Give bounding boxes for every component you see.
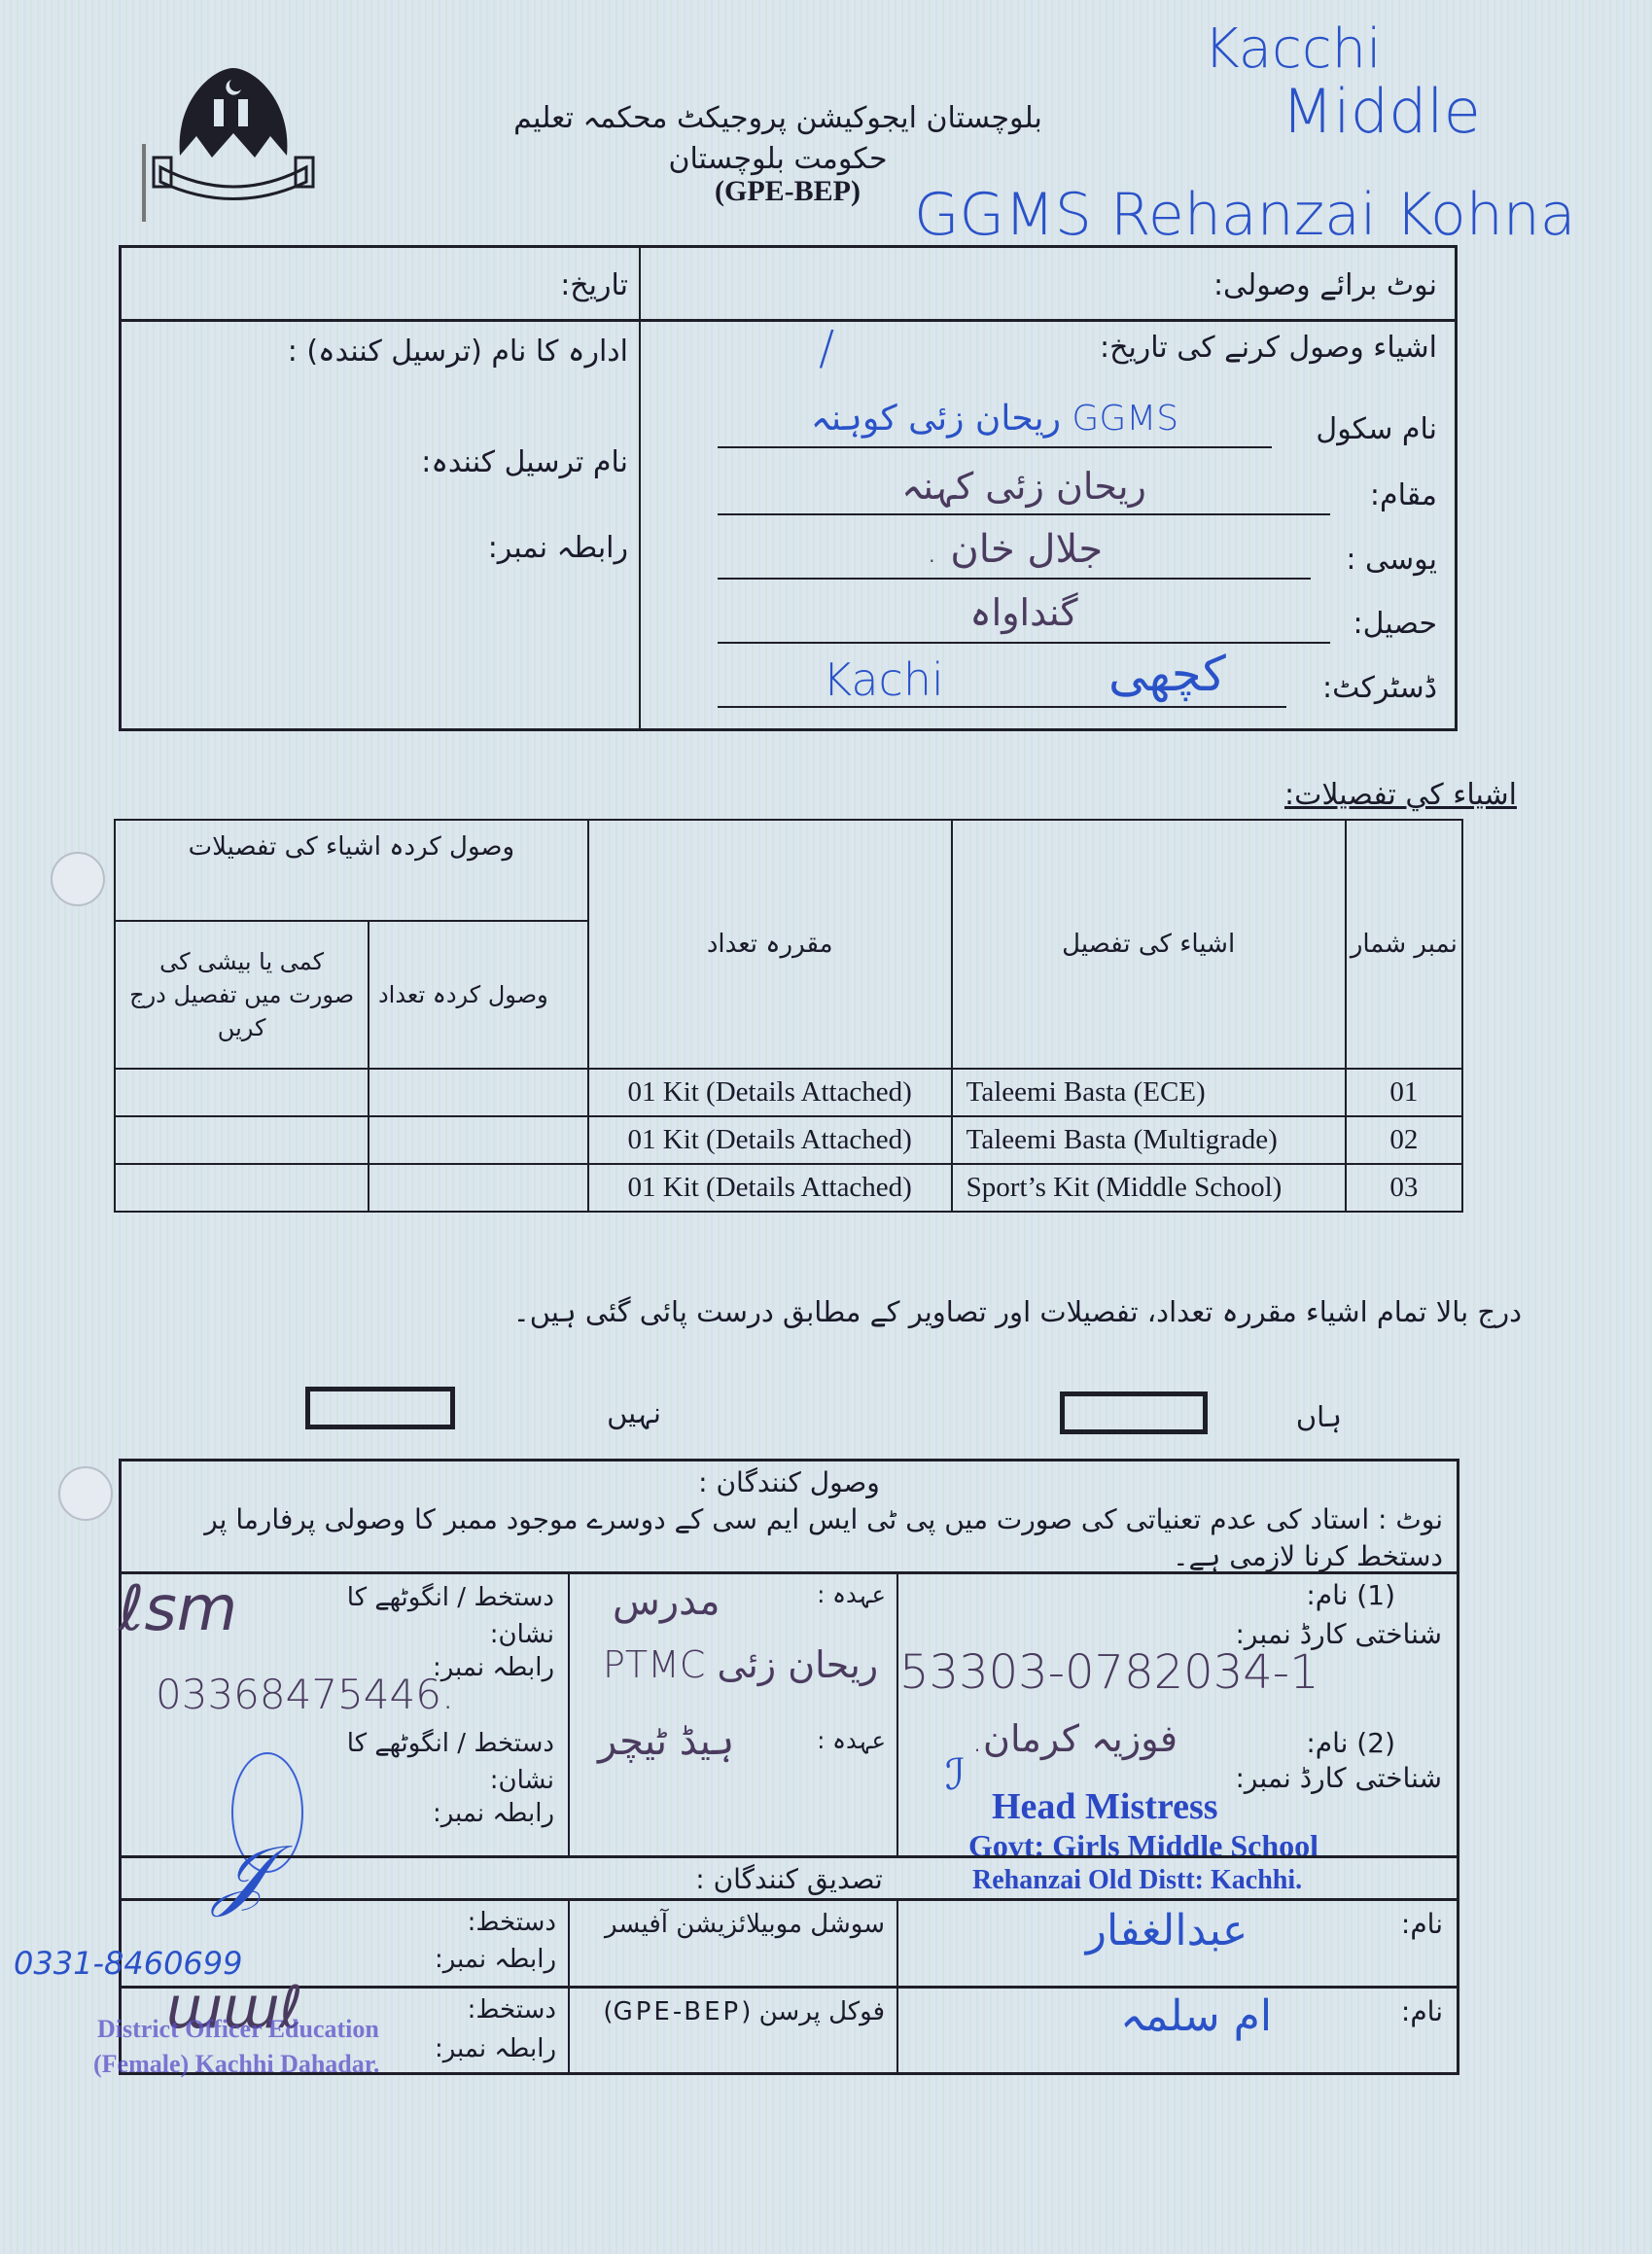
no-checkbox[interactable]	[305, 1387, 455, 1429]
sender-contact-label: رابطہ نمبر:	[146, 531, 628, 565]
receiving-date-label: اشیاء وصول کرنے کی تاریخ:	[914, 331, 1437, 365]
head-mistress-stamp-line1: Head Mistress	[992, 1785, 1218, 1828]
shortage-cell[interactable]	[115, 1116, 369, 1164]
verifier2-contact-label: رابطہ نمبر:	[389, 2034, 556, 2063]
fixed-qty-cell: 01 Kit (Details Attached)	[588, 1164, 952, 1212]
receiver1-signature-label: دستخط / انگوٹھے کا نشان:	[292, 1579, 554, 1653]
receiver2-designation-value[interactable]: ہیڈ ٹیچر	[598, 1719, 734, 1764]
punch-hole-bottom	[58, 1466, 113, 1521]
verifier1-contact-label: رابطہ نمبر:	[389, 1945, 556, 1974]
serial-cell: 01	[1346, 1069, 1462, 1116]
location-line	[718, 513, 1330, 515]
divider	[896, 1571, 898, 1855]
received-qty-header: وصول کردہ تعداد	[369, 921, 587, 1069]
fixed-qty-header: مقررہ تعداد	[588, 820, 952, 1069]
head-mistress-signature: ℐ	[945, 1750, 966, 1800]
receiver1-designation-extra[interactable]: ریحان زئی PTMC	[603, 1643, 878, 1686]
uc-line	[718, 578, 1311, 580]
shortage-details-header: کمی یا بیشی کی صورت میں تفصیل درج کریں	[115, 921, 369, 1069]
confirmation-statement: درج بالا تمام اشیاء مقررہ تعداد، تفصیلات…	[97, 1291, 1522, 1332]
items-section-title: اشیاء کي تفصیلات:	[1070, 778, 1517, 812]
verifier1-name-value[interactable]: عبدالغفار	[992, 1906, 1342, 1955]
shortage-cell[interactable]	[115, 1069, 369, 1116]
receiver1-contact-value[interactable]: 03368475446.	[156, 1671, 454, 1718]
receiver1-designation-value[interactable]: مدرس	[613, 1579, 721, 1624]
divider	[568, 1571, 570, 1855]
verifier1-role: سوشل موبیلائزیشن آفیسر	[583, 1906, 885, 1943]
location-label: مقام:	[1332, 478, 1437, 512]
table-row: 01 Kit (Details Attached) Taleemi Basta …	[115, 1116, 1462, 1164]
pen-mark	[142, 144, 146, 222]
items-table: وصول کردہ اشیاء کی تفصیلات مقررہ تعداد ا…	[114, 819, 1463, 1213]
school-stamp-line3: Rehanzai Old Distt: Kachhi.	[972, 1865, 1302, 1896]
sender-name-label: نام ترسیل کنندہ:	[146, 445, 628, 479]
yes-label: ہاں	[1283, 1400, 1342, 1433]
uc-value[interactable]: جلال خان .	[718, 527, 1311, 572]
tehsil-line	[718, 642, 1330, 644]
note-for-receipt-label: نوٹ برائے وصولی:	[651, 268, 1437, 302]
divider	[119, 1571, 1459, 1574]
verifier2-role: فوکل پرسن (GPE-BEP)	[583, 1993, 885, 2030]
handwritten-school-name: GGMS Rehanzai Kohna	[914, 181, 1576, 249]
school-name-value[interactable]: GGMS ریحان زئی کوہنہ	[718, 399, 1272, 439]
no-label: نہیں	[545, 1396, 661, 1429]
receiver1-cnic-value[interactable]: 53303-0782034-1	[899, 1645, 1319, 1700]
location-value[interactable]: ریحان زئی کہنہ	[718, 465, 1330, 508]
verifier1-name-label: نام:	[1361, 1908, 1443, 1940]
divider	[119, 319, 1458, 322]
description-header: اشیاء کی تفصیل	[952, 820, 1346, 1069]
header-title-line3: (GPE-BEP)	[681, 175, 895, 208]
gov-emblem-logo	[146, 60, 321, 206]
yes-checkbox[interactable]	[1060, 1391, 1208, 1434]
serial-header: نمبر شمار	[1346, 820, 1462, 1069]
verifier2-name-value[interactable]: ام سلمہ	[1050, 1991, 1342, 2041]
receiver1-signature: ℓsm	[119, 1573, 237, 1645]
shortage-cell[interactable]	[115, 1164, 369, 1212]
deo-stamp-line1: District Officer Education	[97, 2015, 379, 2044]
district-value-en[interactable]: Kachi	[823, 653, 944, 706]
district-value-ur[interactable]: کچھی	[1108, 646, 1226, 702]
received-qty-cell[interactable]	[369, 1116, 587, 1164]
received-details-header: وصول کردہ اشیاء کی تفصیلات	[115, 820, 588, 921]
description-cell: Taleemi Basta (ECE)	[952, 1069, 1346, 1116]
fixed-qty-cell: 01 Kit (Details Attached)	[588, 1069, 952, 1116]
table-row: 01 Kit (Details Attached) Sport’s Kit (M…	[115, 1164, 1462, 1212]
description-cell: Sport’s Kit (Middle School)	[952, 1164, 1346, 1212]
divider	[639, 245, 641, 731]
divider	[119, 1855, 1459, 1858]
receivers-title: وصول کنندگان :	[119, 1466, 1459, 1498]
district-label: ڈسٹرکٹ:	[1293, 671, 1437, 705]
receivers-note: نوٹ : استاد کی عدم تعنیاتی کی صورت میں پ…	[136, 1501, 1443, 1575]
school-name-line	[718, 446, 1272, 448]
date-label: تاریخ:	[126, 268, 628, 302]
serial-cell: 02	[1346, 1116, 1462, 1164]
header-title-line2: حکومت بلوچستان	[408, 142, 1147, 176]
verifier2-name-label: نام:	[1361, 1995, 1443, 2027]
institution-name-label: ادارہ کا نام (ترسیل کنندہ) :	[146, 331, 628, 373]
handwritten-district: Kacchi	[1204, 18, 1382, 81]
serial-cell: 03	[1346, 1164, 1462, 1212]
header-title-line1: بلوچستان ایجوکیشن پروجیکٹ محکمہ تعلیم	[408, 101, 1147, 135]
head-mistress-stamp-line2: Govt: Girls Middle School	[968, 1828, 1318, 1864]
punch-hole-top	[51, 852, 105, 906]
receiver2-contact-label: رابطہ نمبر:	[292, 1799, 554, 1828]
tehsil-value[interactable]: گنداواہ	[718, 591, 1330, 634]
handwritten-level: Middle	[1282, 76, 1481, 147]
divider	[119, 1898, 1459, 1901]
verifier1-sign-label: دستخط:	[389, 1908, 556, 1937]
divider	[119, 1986, 1459, 1989]
uc-label: یوسی :	[1313, 543, 1437, 577]
table-row: 01 Kit (Details Attached) Taleemi Basta …	[115, 1069, 1462, 1116]
receiver2-signature-label: دستخط / انگوٹھے کا نشان:	[292, 1725, 554, 1799]
deo-stamp-line2: (Female) Kachhi Dahadar.	[93, 2050, 379, 2079]
description-cell: Taleemi Basta (Multigrade)	[952, 1116, 1346, 1164]
receiver2-name-value[interactable]: فوزیہ کرمان.	[929, 1717, 1220, 1760]
receiver1-name-label: (1) نام:	[909, 1579, 1395, 1611]
fixed-qty-cell: 01 Kit (Details Attached)	[588, 1116, 952, 1164]
tehsil-label: حصیل:	[1332, 607, 1437, 641]
verifier2-sign-label: دستخط:	[389, 1995, 556, 2025]
verifier1-signature: 𝒥	[214, 1828, 267, 1919]
received-qty-cell[interactable]	[369, 1164, 587, 1212]
receiving-date-value[interactable]: /	[819, 321, 834, 375]
district-line	[718, 706, 1286, 708]
received-qty-cell[interactable]	[369, 1069, 587, 1116]
